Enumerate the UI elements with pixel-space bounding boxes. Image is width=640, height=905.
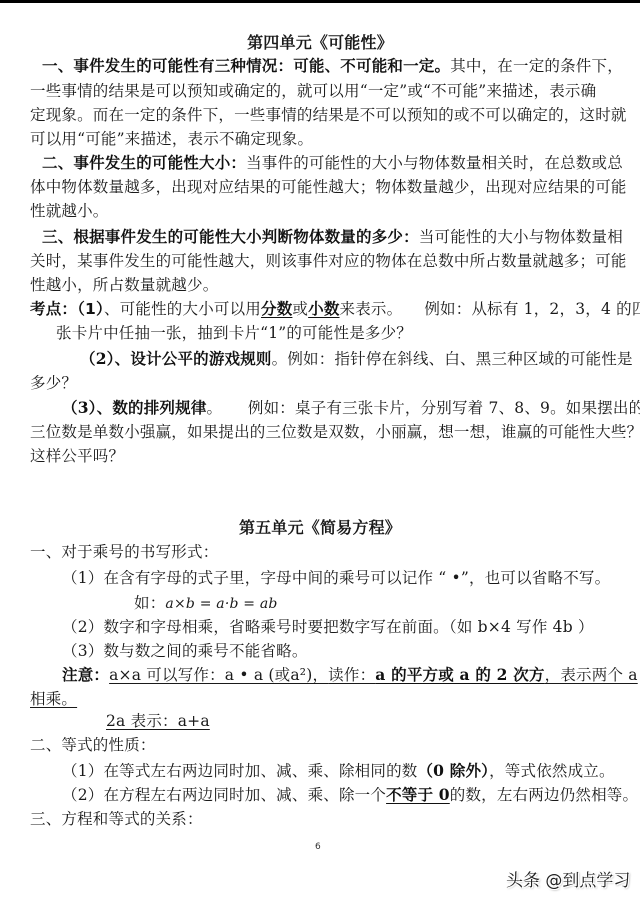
unit5-s1-example: 如：a×b = a·b = ab [134,592,278,615]
kaodian-2-text: 。例如：指针停在斜线、白、黑三种区域的可能性是 [272,350,633,368]
s2-item2-b: 的数，左右两边仍然相等。 [450,786,638,804]
unit4-para1-line1: 一、事件发生的可能性有三种情况：可能、不可能和一定。其中，在一定的条件下， [42,55,623,77]
unit5-s2-item2: （2）在方程左右两边同时加、减、乘、除一个不等于 0的数，左右两边仍然相等。 [62,784,638,806]
note-bold: a 的平方或 a 的 2 次方 [375,665,544,684]
unit5-s1-item2: （2）数字和字母相乘，省略乘号时要把数字写在前面。（如 b×4 写作 4b ） [62,616,594,638]
unit4-title: 第四单元《可能性》 [0,32,640,54]
example-formula: a×b = a·b = ab [165,596,277,612]
unit5-note-line2: 相乘。 [30,688,93,710]
unit5-title: 第五单元《简易方程》 [0,517,640,539]
unit5-section2-heading: 二、等式的性质： [30,734,156,756]
note-text-d: 相乘。 [30,690,77,708]
twoa-text: 2a 表示：a+a [106,712,210,730]
watermark: 头条 @到点学习 [506,866,630,891]
kaodian-3-line3: 这样公平吗？ [30,445,124,467]
top-border [0,0,640,3]
unit4-para1-line4: 可以用“可能”来描述，表示不确定现象。 [30,128,313,150]
s2-item1-a: （1）在等式左右两边同时加、减、乘、除相同的数 [62,762,417,780]
unit5-s1-item3: （3）数与数之间的乘号不能省略。 [62,640,308,662]
kaodian-3-heading: （3）、数的排列规律 [62,398,207,417]
unit5-s1-item1: （1）在含有字母的式子里，字母中间的乘号可以记作 “ •”，也可以省略不写。 [62,567,610,589]
kaodian-label: 考点： [30,299,77,318]
underline-fraction: 分数 [261,299,292,318]
unit4-para3-line2: 关时，某事件发生的可能性越大，则该事件对应的物体在总数中所占数量就越多；可能 [30,250,627,272]
kaodian-2-line2: 多少？ [30,372,77,394]
kaodian-1-example: 例如：从标有 1，2，3，4 的四 [424,300,640,318]
kaodian-2-heading: （2）、设计公平的游戏规则 [80,349,272,368]
s2-item1-bold: （0 除外） [417,761,489,780]
kaodian-1-number: （1） [77,300,104,318]
kaodian-3-line2: 三位数是单数小强赢，如果提出的三位数是双数，小丽赢，想一想，谁赢的可能性大些？ [30,421,640,443]
unit4-para2-line2: 体中物体数量越多，出现对应结果的可能性越大；物体数量越少，出现对应结果的可能 [30,176,627,198]
s2-item2-a: （2）在方程左右两边同时加、减、乘、除一个 [62,786,386,804]
unit4-para2-line1: 二、事件发生的可能性大小：当事件的可能性的大小与物体数量相关时，在总数或总 [42,152,623,174]
note-text-a: a×a 可以写作：a • a (或a²)， [109,666,328,684]
s2-item1-b: ，等式依然成立。 [489,762,615,780]
para2-text: 当事件的可能性的大小与物体数量相关时，在总数或总 [246,154,623,172]
note-text-c: ，表示两个 a [545,666,638,684]
para3-text: 当可能性的大小与物体数量相 [419,228,623,246]
kaodian-2: （2）、设计公平的游戏规则。例如：指针停在斜线、白、黑三种区域的可能性是 [80,348,633,370]
unit5-s2-item1: （1）在等式左右两边同时加、减、乘、除相同的数（0 除外），等式依然成立。 [62,760,615,782]
page-number: 6 [315,842,321,852]
unit4-para2-line3: 性就越小。 [30,200,109,222]
para3-heading: 三、根据事件发生的可能性大小判断物体数量的多少： [42,227,419,246]
s2-item2-underline: 不等于 0 [386,785,450,804]
kaodian-1-line2: 张卡片中任抽一张，抽到卡片“1”的可能性是多少？ [56,322,412,344]
para1-text: 其中，在一定的条件下， [450,57,623,75]
kaodian-1-text-b: 来表示。 [340,300,403,318]
unit5-section1-heading: 一、对于乘号的书写形式： [30,541,218,563]
kaodian-1: 考点：（1）、可能性的大小可以用分数或小数来表示。例如：从标有 1，2，3，4 … [30,298,640,320]
unit5-note: 注意：a×a 可以写作：a • a (或a²)，读作：a 的平方或 a 的 2 … [62,664,638,686]
kaodian-3: （3）、数的排列规律。 例如：桌子有三张卡片，分别写着 7、8、9。如果摆出的 [62,397,640,419]
unit4-para1-line2: 一些事情的结果是可以预知或确定的，就可以用“一定”或“不可能”来描述，表示确 [30,80,596,102]
underline-decimal: 小数 [308,299,339,318]
unit4-para3-line3: 性越小，所占数量就越少。 [30,274,218,296]
note-text-b: 读作： [328,666,375,684]
para2-heading: 二、事件发生的可能性大小： [42,153,246,172]
kaodian-3-text: 。 例如：桌子有三张卡片，分别写着 7、8、9。如果摆出的 [207,399,640,417]
kaodian-1-or: 或 [292,300,308,318]
unit5-twoa: 2a 表示：a+a [106,710,218,732]
kaodian-1-text-a: 、可能性的大小可以用 [104,300,261,318]
para1-heading: 一、事件发生的可能性有三种情况：可能、不可能和一定。 [42,56,450,75]
unit5-section3-heading: 三、方程和等式的关系： [30,808,203,830]
example-label: 如： [134,594,165,612]
note-label: 注意： [62,665,109,684]
unit4-para3-line1: 三、根据事件发生的可能性大小判断物体数量的多少：当可能性的大小与物体数量相 [42,226,623,248]
unit4-para1-line3: 定现象。而在一定的条件下，一些事情的结果是不可以预知的或不可以确定的，这时就 [30,104,627,126]
